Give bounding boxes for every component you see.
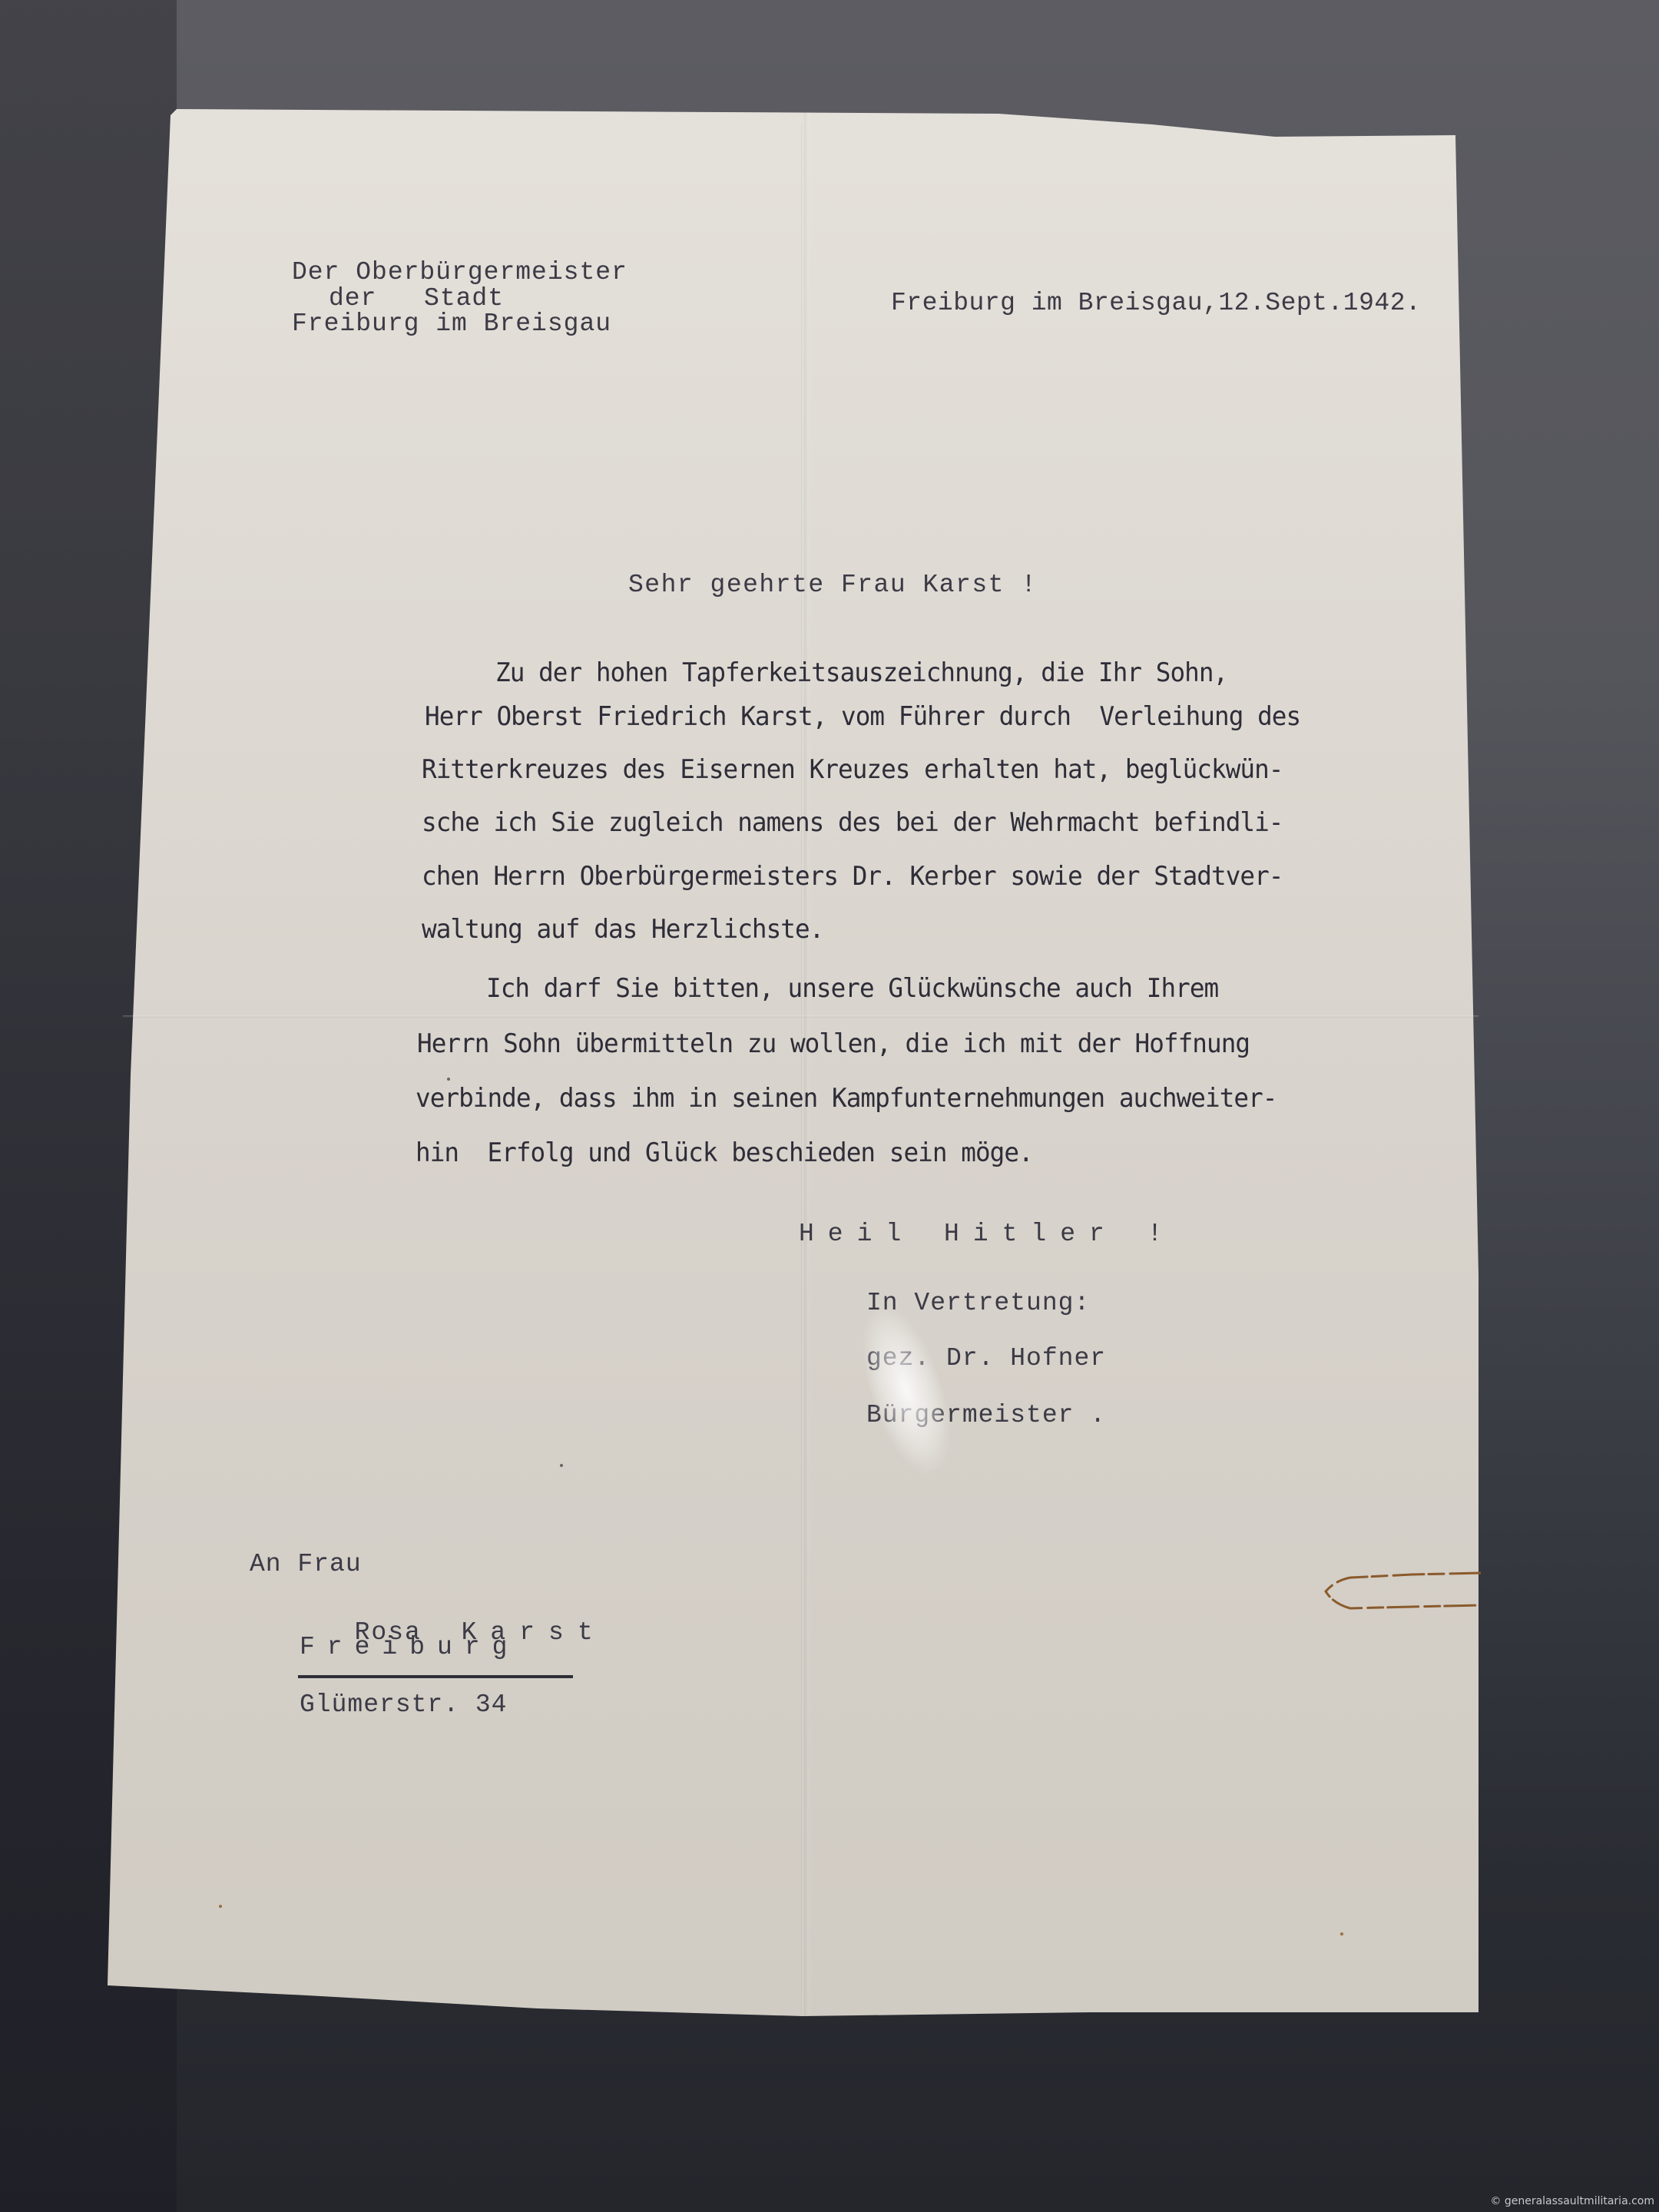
paragraph-1-line-4: sche ich Sie zugleich namens des bei der… xyxy=(422,810,1283,836)
paragraph-1-line-6: waltung auf das Herzlichste. xyxy=(422,916,823,942)
paper-speck xyxy=(219,1905,222,1908)
letterhead-line-2: der Stadt xyxy=(329,286,504,311)
letterhead-line-3: Freiburg im Breisgau xyxy=(292,311,611,336)
closing-greeting: Heil Hitler ! xyxy=(799,1221,1176,1247)
paper-speck xyxy=(560,1464,563,1467)
paragraph-2-line-3: verbinde, dass ihm in seinen Kampfuntern… xyxy=(416,1085,1277,1111)
paragraph-2-line-2: Herrn Sohn übermitteln zu wollen, die ic… xyxy=(417,1031,1250,1057)
salutation: Sehr geehrte Frau Karst ! xyxy=(628,572,1038,598)
address-street: Glümerstr. 34 xyxy=(300,1692,507,1717)
letterhead-line-1: Der Oberbürgermeister xyxy=(292,260,628,285)
copyright-watermark: © generalassaultmilitaria.com xyxy=(1490,2195,1654,2207)
paragraph-2-line-4: hin Erfolg und Glück beschieden sein mög… xyxy=(416,1140,1033,1166)
paper-speck xyxy=(1340,1932,1343,1936)
address-city: Freiburg xyxy=(300,1634,519,1660)
address-underline xyxy=(298,1675,573,1678)
paragraph-2-line-1: Ich darf Sie bitten, unsere Glückwünsche… xyxy=(486,975,1218,1002)
paragraph-1-line-5: chen Herrn Oberbürgermeisters Dr. Kerber… xyxy=(422,863,1283,889)
paperclip-rust-mark-icon xyxy=(1320,1558,1481,1611)
paper-speck xyxy=(447,1078,450,1081)
address-line-1: An Frau xyxy=(250,1551,362,1577)
paragraph-1-line-1: Zu der hohen Tapferkeitsauszeichnung, di… xyxy=(495,660,1227,686)
paragraph-1-line-3: Ritterkreuzes des Eisernen Kreuzes erhal… xyxy=(422,757,1283,783)
dateline: Freiburg im Breisgau,12.Sept.1942. xyxy=(891,290,1421,316)
paragraph-1-line-2: Herr Oberst Friedrich Karst, vom Führer … xyxy=(425,704,1300,730)
vertical-fold-crease xyxy=(801,123,803,2012)
